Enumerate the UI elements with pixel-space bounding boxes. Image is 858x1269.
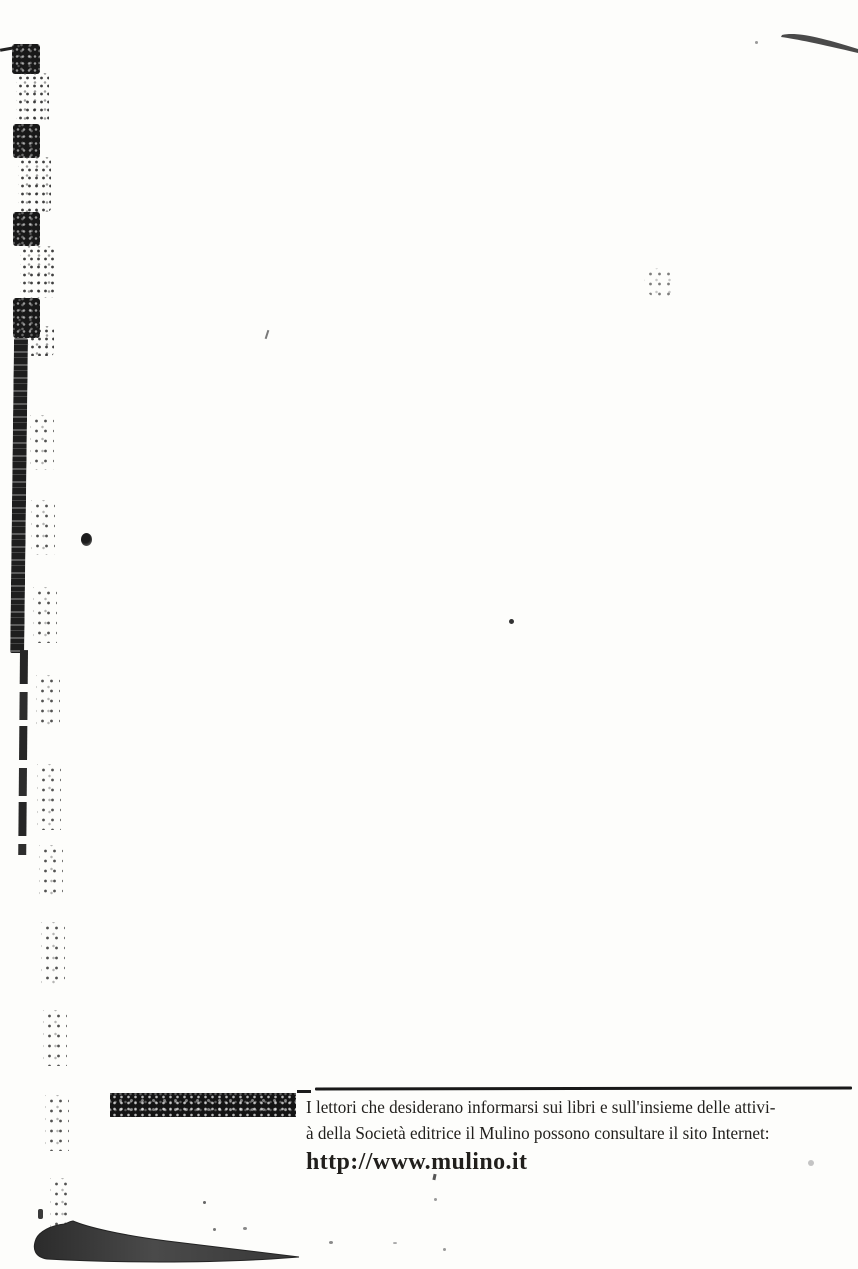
ink-dot [755,41,758,44]
scan-artifact-dot-column [37,764,61,830]
ink-speck [203,1201,206,1204]
scan-artifact-streak [768,24,858,56]
scan-artifact-dot-column [41,922,65,984]
ink-speck [329,1241,333,1244]
publisher-note: I lettori che desiderano informarsi sui … [306,1094,858,1175]
scan-artifact-dot-column [30,415,54,470]
scan-artifact-tape-block [20,246,55,298]
scan-artifact-page-curl [25,1212,305,1268]
publisher-note-line2: à della Società editrice il Mulino posso… [306,1120,830,1146]
scan-artifact-dot-column [45,1095,69,1151]
scan-artifact-dot-column [31,500,55,555]
ink-dot [509,619,514,624]
publisher-url: http://www.mulino.it [306,1149,858,1175]
publisher-note-line1: I lettori che desiderano informarsi sui … [306,1094,830,1120]
ink-speck [434,1198,437,1201]
scan-artifact-binding-block [13,124,40,158]
ink-blob [81,533,92,546]
ink-smudge [644,268,676,298]
scanned-book-page: I lettori che desiderano informarsi sui … [0,0,858,1269]
scan-artifact-tape-block [28,326,54,356]
scan-artifact-binding-block [12,44,40,74]
scan-artifact-dot-column [33,587,57,643]
ink-slash-mark [265,330,270,339]
scan-artifact-binding-stripe [10,338,28,653]
ink-speck [393,1242,397,1244]
scan-artifact-tape-block [16,73,49,124]
scan-artifact-dot-column [39,845,63,895]
divider-rule [315,1086,852,1090]
divider-dash [297,1090,311,1093]
scan-artifact-dark-bar [110,1093,296,1117]
scan-artifact-dot-column [36,675,60,727]
scan-artifact-binding-block [13,212,40,246]
scan-artifact-dot-column [43,1010,67,1066]
scan-artifact-tape-block [18,157,51,212]
ink-speck [443,1248,446,1251]
scan-artifact-binding-stripe-broken [18,650,28,855]
